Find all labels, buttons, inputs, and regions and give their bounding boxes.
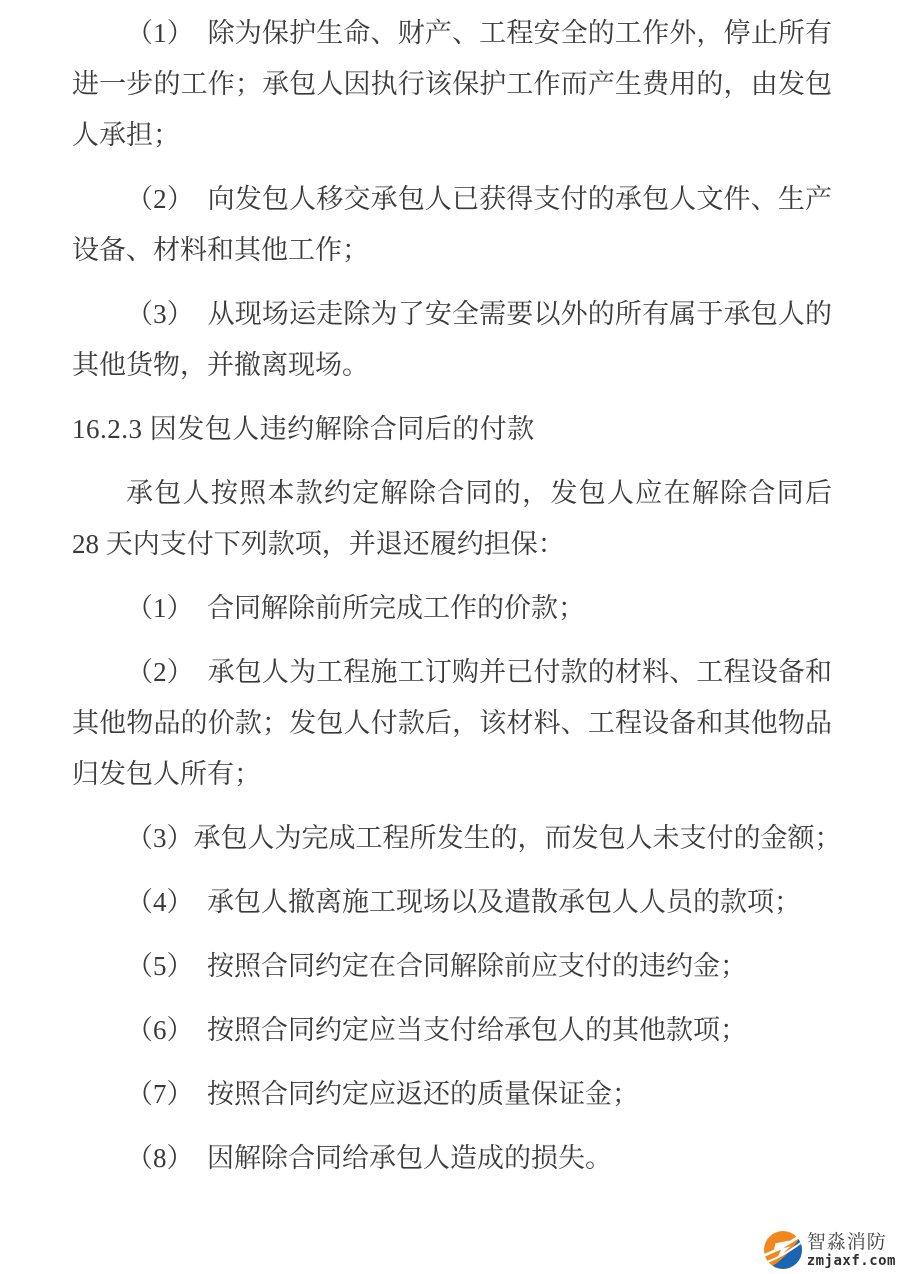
text-line: （3） 从现场运走除为了安全需要以外的所有属于承包人的 (72, 289, 832, 340)
text-line: （5） 按照合同约定在合同解除前应支付的违约金； (72, 941, 832, 992)
paragraph-payment-item-8: （8） 因解除合同给承包人造成的损失。 (72, 1133, 832, 1184)
site-watermark: 智淼消防 zmjaxf.com (764, 1231, 896, 1269)
paragraph-payment-item-6: （6） 按照合同约定应当支付给承包人的其他款项； (72, 1005, 832, 1056)
text-line: （3）承包人为完成工程所发生的，而发包人未支付的金额； (72, 813, 832, 864)
paragraph-payment-item-1: （1） 合同解除前所完成工作的价款； (72, 583, 832, 634)
paragraph-intro: 承包人按照本款约定解除合同的，发包人应在解除合同后 28 天内支付下列款项，并退… (72, 468, 832, 570)
watermark-domain: zmjaxf.com (807, 1253, 896, 1269)
text-line: （6） 按照合同约定应当支付给承包人的其他款项； (72, 1005, 832, 1056)
text-line: 人承担； (72, 110, 832, 161)
paragraph-payment-item-2: （2） 承包人为工程施工订购并已付款的材料、工程设备和 其他物品的价款；发包人付… (72, 647, 832, 800)
text-line: （1） 除为保护生命、财产、工程安全的工作外，停止所有 (72, 8, 832, 59)
zhimiao-fire-logo-icon (764, 1231, 802, 1269)
section-heading-16-2-3: 16.2.3 因发包人违约解除合同后的付款 (72, 404, 832, 455)
watermark-text-block: 智淼消防 zmjaxf.com (807, 1232, 896, 1269)
text-line: （1） 合同解除前所完成工作的价款； (72, 583, 832, 634)
text-line: 设备、材料和其他工作； (72, 225, 832, 276)
text-line: 其他物品的价款；发包人付款后，该材料、工程设备和其他物品 (72, 698, 832, 749)
paragraph-payment-item-5: （5） 按照合同约定在合同解除前应支付的违约金； (72, 941, 832, 992)
text-line: 其他货物，并撤离现场。 (72, 340, 832, 391)
text-line: 归发包人所有； (72, 749, 832, 800)
paragraph-item-3: （3） 从现场运走除为了安全需要以外的所有属于承包人的 其他货物，并撤离现场。 (72, 289, 832, 391)
text-line: （7） 按照合同约定应返还的质量保证金； (72, 1069, 832, 1120)
paragraph-payment-item-7: （7） 按照合同约定应返还的质量保证金； (72, 1069, 832, 1120)
section-heading-text: 16.2.3 因发包人违约解除合同后的付款 (72, 404, 832, 455)
contract-document-page: （1） 除为保护生命、财产、工程安全的工作外，停止所有 进一步的工作；承包人因执… (0, 0, 899, 1274)
text-line: （8） 因解除合同给承包人造成的损失。 (72, 1133, 832, 1184)
text-line: 28 天内支付下列款项，并退还履约担保： (72, 519, 832, 570)
text-line: 承包人按照本款约定解除合同的，发包人应在解除合同后 (72, 468, 832, 519)
text-line: 进一步的工作；承包人因执行该保护工作而产生费用的，由发包 (72, 59, 832, 110)
text-line: （4） 承包人撤离施工现场以及遣散承包人人员的款项； (72, 877, 832, 928)
paragraph-payment-item-3: （3）承包人为完成工程所发生的，而发包人未支付的金额； (72, 813, 832, 864)
text-line: （2） 承包人为工程施工订购并已付款的材料、工程设备和 (72, 647, 832, 698)
text-line: （2） 向发包人移交承包人已获得支付的承包人文件、生产 (72, 174, 832, 225)
paragraph-item-1: （1） 除为保护生命、财产、工程安全的工作外，停止所有 进一步的工作；承包人因执… (72, 8, 832, 161)
watermark-brand-name: 智淼消防 (807, 1232, 896, 1253)
paragraph-item-2: （2） 向发包人移交承包人已获得支付的承包人文件、生产 设备、材料和其他工作； (72, 174, 832, 276)
paragraph-payment-item-4: （4） 承包人撤离施工现场以及遣散承包人人员的款项； (72, 877, 832, 928)
